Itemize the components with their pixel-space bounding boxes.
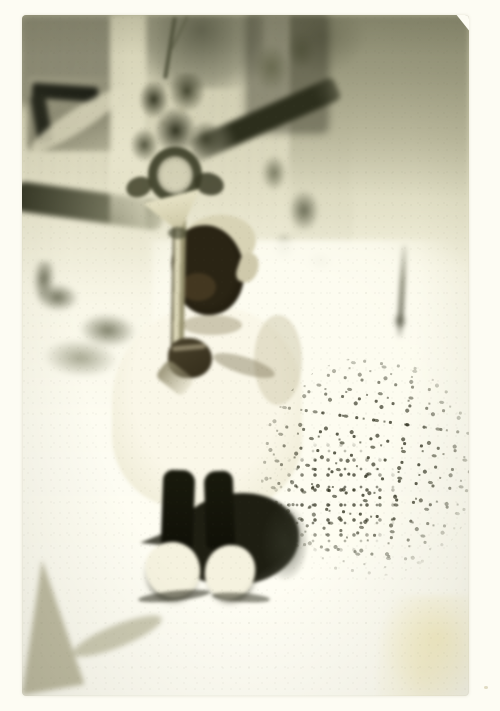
border-speck (484, 686, 488, 689)
scan-background (0, 0, 500, 711)
photograph (22, 15, 469, 696)
vignette-overlay (22, 15, 469, 696)
